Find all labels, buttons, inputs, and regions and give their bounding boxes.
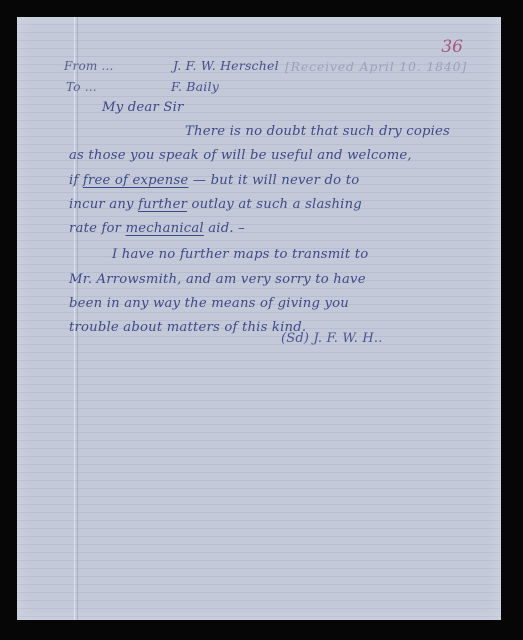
- body-line: I have no further maps to transmit to: [112, 247, 368, 262]
- underlined-phrase: further: [138, 197, 187, 212]
- letter-page: 36 From ... J. F. W. Herschel [Received …: [17, 17, 501, 620]
- underlined-phrase: free of expense: [83, 173, 189, 188]
- received-note: [Received April 10. 1840]: [285, 59, 467, 74]
- to-label: To ...: [66, 80, 97, 94]
- folio-number: 36: [441, 37, 463, 57]
- from-label: From ...: [64, 59, 114, 73]
- body-line: rate for mechanical aid. –: [69, 221, 245, 236]
- signature: (Sd) J. F. W. H..: [281, 331, 383, 346]
- body-line: incur any further outlay at such a slash…: [69, 197, 362, 212]
- body-line: trouble about matters of this kind.: [69, 320, 306, 335]
- scanned-document-view: 36 From ... J. F. W. Herschel [Received …: [0, 0, 523, 640]
- body-line: There is no doubt that such dry copies: [185, 124, 450, 139]
- body-line: been in any way the means of giving you: [69, 296, 349, 311]
- to-value: F. Baily: [171, 79, 219, 94]
- margin-rule: [77, 17, 78, 620]
- underlined-phrase: mechanical: [126, 221, 204, 236]
- margin-rule: [74, 17, 75, 620]
- body-line: as those you speak of will be useful and…: [69, 148, 412, 163]
- salutation: My dear Sir: [102, 100, 184, 115]
- body-line: Mr. Arrowsmith, and am very sorry to hav…: [69, 272, 366, 287]
- body-line: if free of expense — but it will never d…: [69, 173, 359, 188]
- from-value: J. F. W. Herschel: [173, 58, 279, 73]
